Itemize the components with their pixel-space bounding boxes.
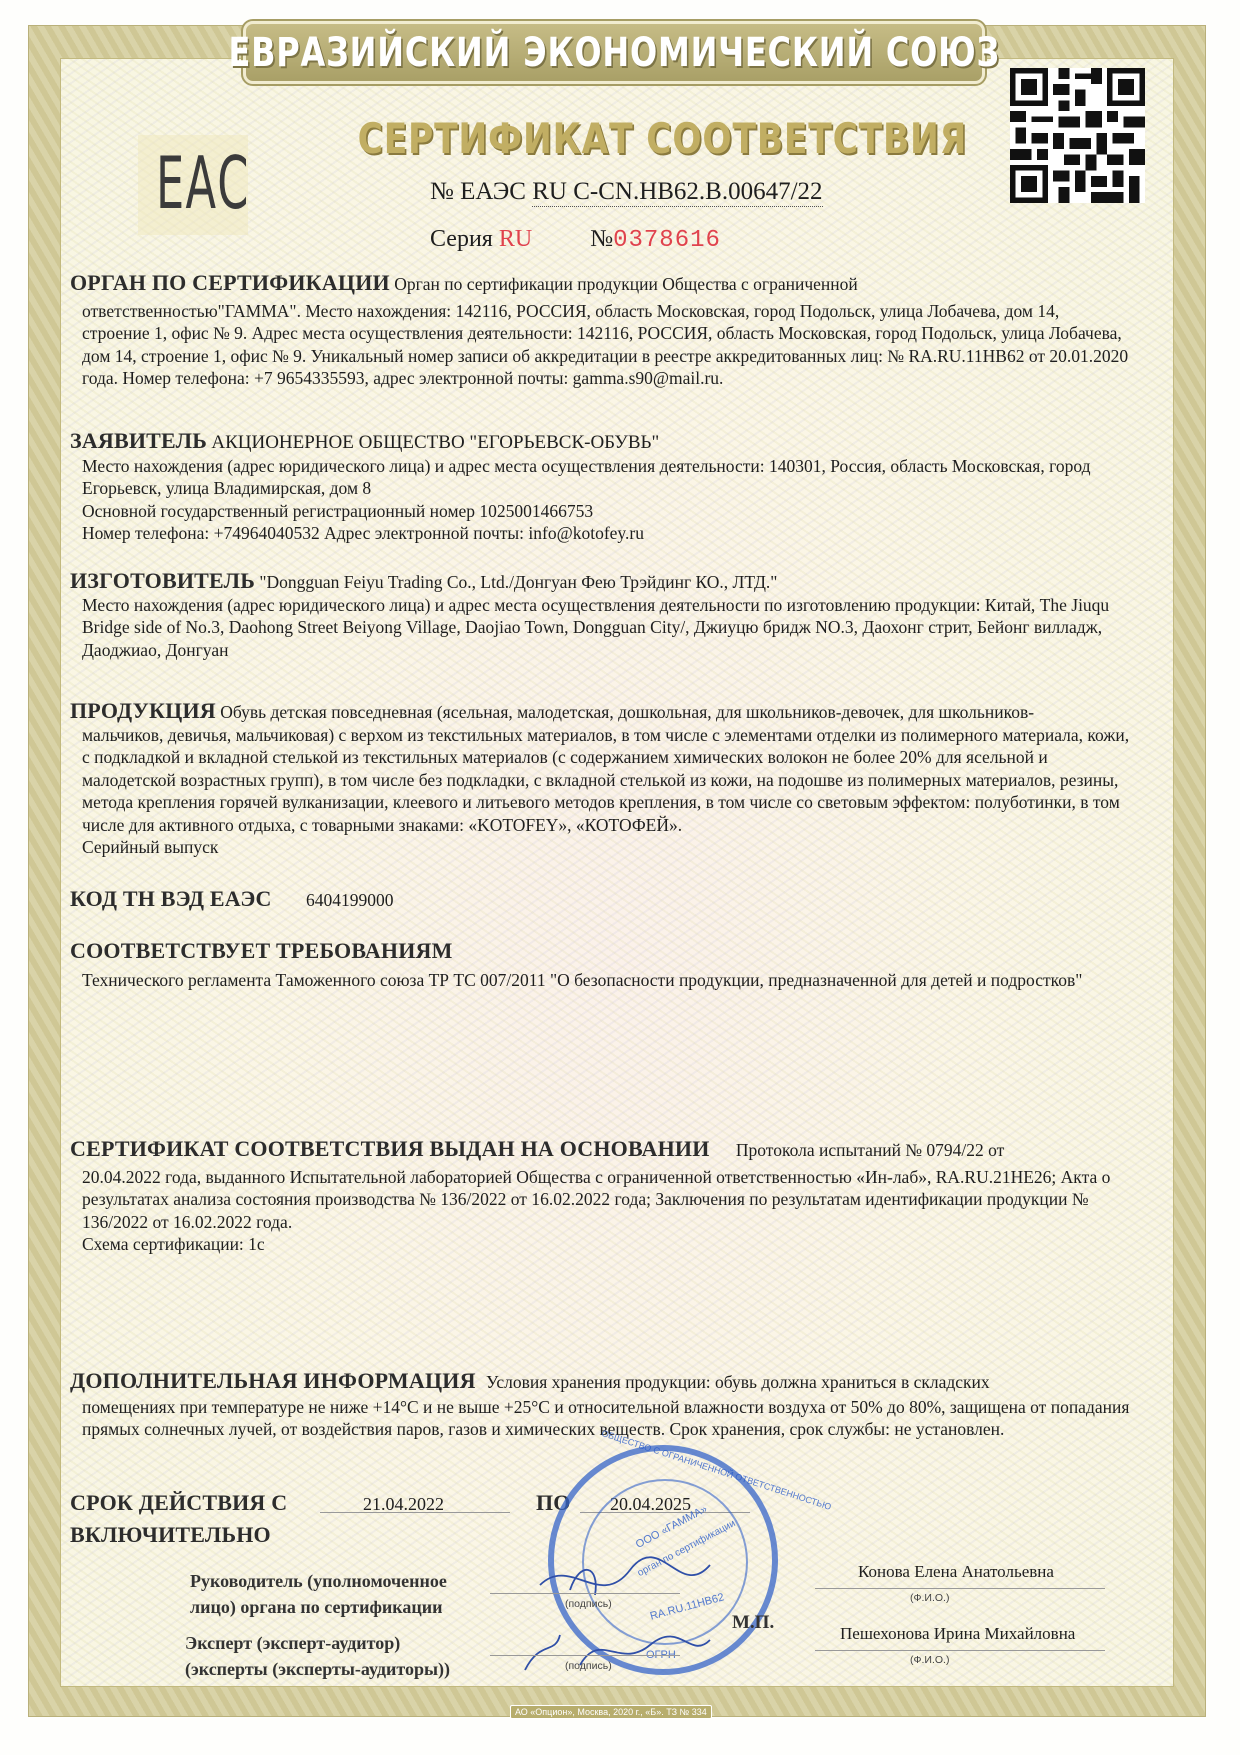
series-value: RU [499, 226, 532, 252]
union-title: ЕВРАЗИЙСКИЙ ЭКОНОМИЧЕСКИЙ СОЮЗ [228, 30, 1000, 76]
tn-ved-code: 6404199000 [306, 890, 394, 910]
section-cert-body: ОРГАН ПО СЕРТИФИКАЦИИ Орган по сертифика… [70, 272, 1130, 390]
valid-from-date: 21.04.2022 [363, 1494, 444, 1515]
section-requirements: СООТВЕТСТВУЕТ ТРЕБОВАНИЯМ Технического р… [70, 940, 1130, 991]
certificate-title: СЕРТИФИКАТ СООТВЕТСТВИЯ [358, 114, 883, 163]
union-banner: ЕВРАЗИЙСКИЙ ЭКОНОМИЧЕСКИЙ СОЮЗ [243, 21, 985, 84]
section-product: ПРОДУКЦИЯ Обувь детская повседневная (яс… [70, 700, 1130, 859]
serial-number: 0378616 [613, 227, 721, 254]
expert-label: Эксперт (эксперт-аудитор) (эксперты (экс… [185, 1630, 450, 1682]
section-manufacturer: ИЗГОТОВИТЕЛЬ "Dongguan Feiyu Trading Co.… [70, 570, 1130, 661]
seal-label: М.П. [732, 1610, 774, 1636]
expert-name: Пешехонова Ирина Михайловна [840, 1624, 1075, 1644]
series-line: Серия RU №0378616 [430, 226, 721, 254]
head-label: Руководитель (уполномоченное лицо) орган… [190, 1568, 447, 1620]
section-applicant: ЗАЯВИТЕЛЬ АКЦИОНЕРНОЕ ОБЩЕСТВО "ЕГОРЬЕВС… [70, 430, 1130, 545]
qr-code-icon [1010, 68, 1145, 203]
certificate-number: № ЕАЭС RU C-CN.НВ62.В.00647/22 [430, 178, 823, 206]
section-tn-ved: КОД ТН ВЭД ЕАЭС 6404199000 [70, 888, 1130, 912]
eac-logo-icon: ЕАС [138, 135, 248, 235]
section-additional: ДОПОЛНИТЕЛЬНАЯ ИНФОРМАЦИЯ Условия хранен… [70, 1370, 1130, 1441]
printer-imprint: АО «Опцион», Москва, 2020 г., «Б». ТЗ № … [510, 1705, 712, 1719]
head-name: Конова Елена Анатольевна [858, 1562, 1054, 1582]
certificate-number-value: RU C-CN.НВ62.В.00647/22 [532, 178, 822, 207]
section-basis: СЕРТИФИКАТ СООТВЕТСТВИЯ ВЫДАН НА ОСНОВАН… [70, 1138, 1130, 1256]
